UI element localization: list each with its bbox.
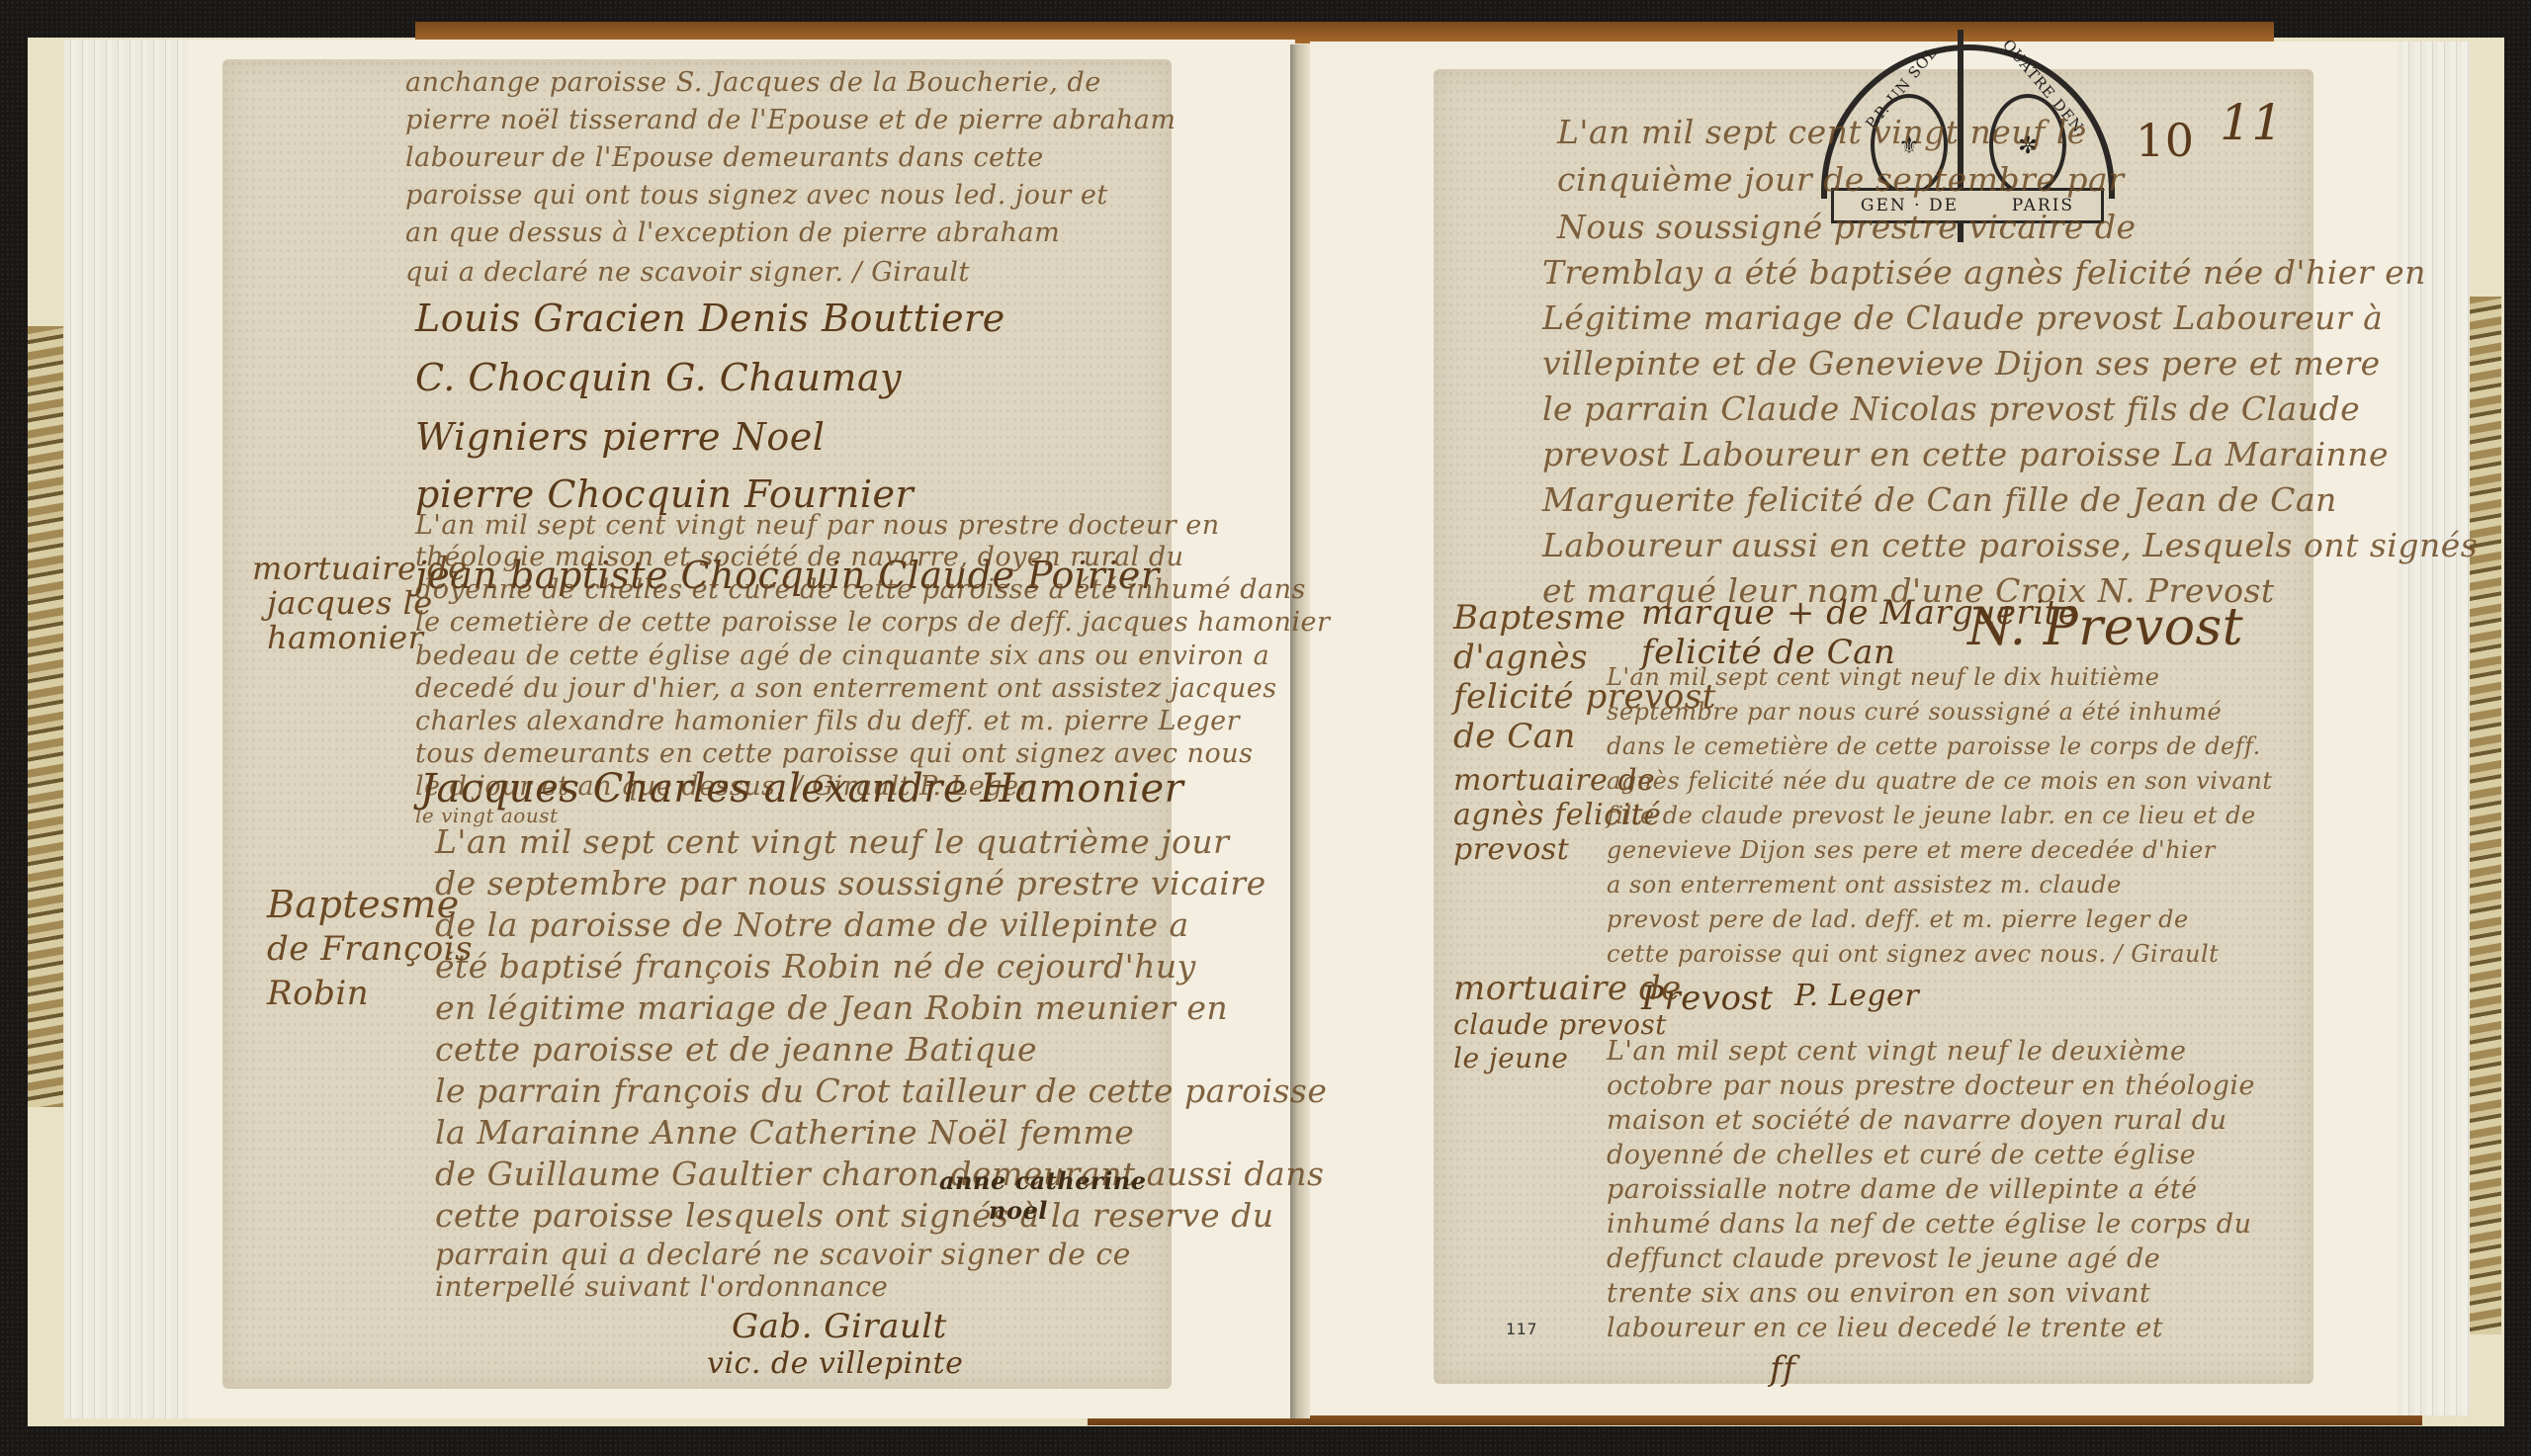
text-line: deffunct claude prevost le jeune agé de — [1607, 1245, 2160, 1272]
text-line: decedé du jour d'hier, a son enterrement… — [415, 675, 1277, 702]
text-line: inhumé dans la nef de cette église le co… — [1607, 1211, 2251, 1238]
text-line: Marguerite felicité de Can fille de Jean… — [1542, 486, 2337, 513]
text-line: doyenné de chelles et curé de cette égli… — [1607, 1142, 2196, 1168]
signature-prevost: N. Prevost — [1967, 598, 2243, 657]
text-line: théologie maison et société de navarre, … — [415, 544, 1184, 570]
godmother-signature: anne catherine — [939, 1166, 1147, 1195]
text-line: octobre par nous prestre docteur en théo… — [1607, 1072, 2255, 1099]
marbled-endpaper-right — [2466, 297, 2501, 1334]
text-line: cette paroisse qui ont signez avec nous.… — [1607, 941, 2219, 968]
text-line: en légitime mariage de Jean Robin meunie… — [435, 994, 1228, 1021]
text-line: fille de claude prevost le jeune labr. e… — [1607, 803, 2256, 829]
marbled-endpaper-left — [28, 326, 63, 1107]
text-line: Laboureur aussi en cette paroisse, Lesqu… — [1542, 532, 2478, 558]
text-line: le parrain françois du Crot tailleur de … — [435, 1077, 1327, 1104]
text-line: de la paroisse de Notre dame de villepin… — [435, 911, 1189, 938]
text-line: cette paroisse et de jeanne Batique — [435, 1036, 1037, 1063]
text-line: cette paroisse lesquels ont signés à la … — [435, 1202, 1274, 1229]
text-line: L'an mil sept cent vingt neuf le dix hui… — [1607, 664, 2159, 691]
page-stack-left — [64, 40, 193, 1418]
text-line: charles alexandre hamonier fils du deff.… — [415, 708, 1240, 734]
signature-hamonier: Jacques Charles alexandre Hamonier — [420, 766, 1183, 812]
text-line: L'an mil sept cent vingt neuf le deuxièm… — [1607, 1038, 2186, 1065]
margin-title: Baptesme — [267, 880, 460, 929]
folio-number-11: 11 — [2220, 94, 2284, 151]
page-number: 117 — [1506, 1320, 1537, 1338]
paraph-mark: ff — [1770, 1349, 1795, 1389]
text-line: villepinte et de Genevieve Dijon ses per… — [1542, 350, 2381, 377]
text-line: Nous soussigné prestre vicaire de — [1557, 214, 2137, 240]
text-line: prevost Laboureur en cette paroisse La M… — [1542, 441, 2389, 468]
text-line: L'an mil sept cent vingt neuf le — [1557, 119, 2087, 145]
text-line: L'an mil sept cent vingt neuf par nous p… — [415, 512, 1220, 539]
margin-title: de Can — [1453, 712, 1576, 761]
text-line: trente six ans ou environ en son vivant — [1607, 1280, 2150, 1307]
text-line: qui a declaré ne scavoir signer. / Girau… — [405, 259, 970, 286]
text-line: a son enterrement ont assistez m. claude — [1607, 872, 2122, 899]
text-line: tous demeurants en cette paroisse qui on… — [415, 740, 1253, 767]
text-line: paroisse qui ont tous signez avec nous l… — [405, 182, 1108, 209]
text-line: été baptisé françois Robin né de cejourd… — [435, 953, 1196, 980]
text-line: interpellé suivant l'ordonnance — [435, 1273, 888, 1300]
text-line: paroissialle notre dame de villepinte a … — [1607, 1176, 2198, 1203]
signature: C. Chocquin G. Chaumay — [415, 356, 902, 399]
text-line: laboureur en ce lieu decedé le trente et — [1607, 1315, 2163, 1341]
margin-title: le jeune — [1453, 1034, 1568, 1083]
text-line: laboureur de l'Epouse demeurants dans ce… — [405, 144, 1044, 171]
text-line: maison et société de navarre doyen rural… — [1607, 1107, 2227, 1134]
text-line: cinquième jour de septembre par — [1557, 166, 2125, 193]
margin-title: Robin — [267, 969, 369, 1018]
margin-title: hamonier — [267, 613, 423, 662]
text-line: L'an mil sept cent vingt neuf le quatriè… — [435, 828, 1229, 855]
text-line: anchange paroisse S. Jacques de la Bouch… — [405, 69, 1101, 96]
signature: P. Leger — [1794, 979, 1919, 1013]
text-line: parrain qui a declaré ne scavoir signer … — [435, 1242, 1131, 1268]
text-line: la Marainne Anne Catherine Noël femme — [435, 1119, 1134, 1146]
text-line: pierre noël tisserand de l'Epouse et de … — [405, 107, 1177, 133]
text-line: agnès felicité née du quatre de ce mois … — [1607, 768, 2272, 795]
text-line: an que dessus à l'exception de pierre ab… — [405, 219, 1060, 246]
text-line: de Guillaume Gaultier charon demeurant a… — [435, 1160, 1324, 1187]
margin-title: prevost — [1453, 825, 1569, 875]
text-line: prevost pere de lad. deff. et m. pierre … — [1607, 906, 2189, 933]
page-stack-right — [2391, 42, 2470, 1415]
priest-title: vic. de villepinte — [707, 1346, 963, 1381]
text-line: genevieve Dijon ses pere et mere decedée… — [1607, 837, 2216, 864]
signature: Louis Gracien Denis Bouttiere — [415, 297, 1005, 340]
text-line: bedeau de cette église agé de cinquante … — [415, 642, 1269, 669]
text-line: septembre par nous curé soussigné a été … — [1607, 699, 2222, 726]
text-line: Légitime mariage de Claude prevost Labou… — [1542, 304, 2383, 331]
text-line: le cemetière de cette paroisse le corps … — [415, 609, 1330, 636]
signature: Wigniers pierre Noel — [415, 415, 825, 459]
folio-number-10: 10 — [2136, 114, 2195, 167]
priest-signature: Gab. Girault — [732, 1307, 947, 1346]
text-line: dans le cemetière de cette paroisse le c… — [1607, 733, 2261, 760]
text-line: de septembre par nous soussigné prestre … — [435, 870, 1266, 897]
book-gutter — [1290, 44, 1310, 1418]
text-line: le parrain Claude Nicolas prevost fils d… — [1542, 395, 2360, 422]
text-line: Tremblay a été baptisée agnès felicité n… — [1542, 259, 2426, 286]
godmother-signature: noel — [989, 1196, 1048, 1225]
text-line: doyenné de chelles et curé de cette paro… — [415, 576, 1306, 603]
